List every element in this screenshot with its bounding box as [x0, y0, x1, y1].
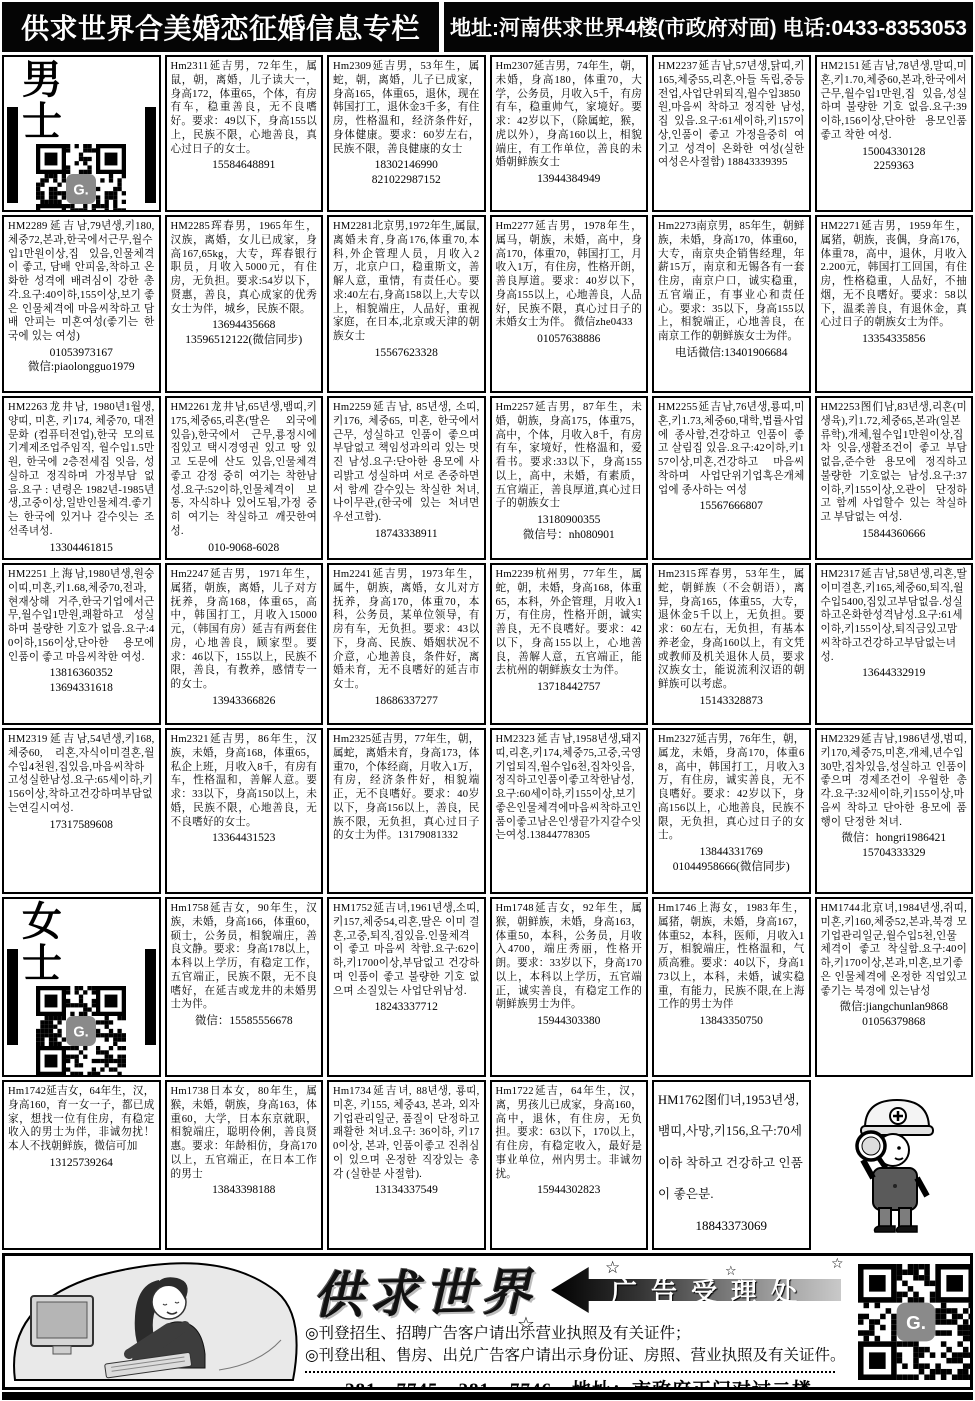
ad-text: HM1762图们녀,1953년생,뱀띠,사망,키156,요구:70세이하 착하고… — [658, 1085, 805, 1210]
ad-text: HM1744北京녀,1984년생,쥐띠,미혼,키160,체중52,본과,북경 모… — [821, 902, 968, 998]
ad-text: HM1752延吉녀,1961년생,소띠,키157,체중54,리혼,딸은 이미 결… — [333, 902, 480, 998]
ad-phones: 18686337277 — [333, 694, 480, 708]
ad-text: Hm1746上海女，1983年生，属猪，朝族，未婚，身高167，体重52，本科，… — [658, 902, 805, 1012]
classified-ad: Hm2277延吉男，1978年生，属马，朝族，未婚，高中，身高170，体重70，… — [490, 215, 649, 393]
ad-text: Hm2325延吉男，77年生，朝，属蛇，离婚未育，身高173，体重70，个体经商… — [333, 733, 480, 843]
classified-ad: HM2237延吉남,57년생,닭띠,키165,체중55,리혼,아들 독립,중등전… — [652, 55, 811, 212]
notice-line-2: ◎刊登出租、售房、出兑广告客户请出示身份证、房照、营业执照及有关证件。 — [305, 1345, 846, 1367]
ad-text: Hm1722延吉，64年生，汉，离，男孩儿已成家，身高160，高中，退休，有住房… — [496, 1085, 643, 1181]
qr-code: G. — [858, 1264, 973, 1380]
ad-phones: 1369443566813596512122(微信同步) — [171, 318, 318, 347]
dotted-divider — [305, 1371, 835, 1373]
classified-ad: HM2253图们남,83년생,리혼(미생육),키1.72,체중65,본과(일본류… — [815, 396, 974, 560]
ad-phone-number: 电话微信:13401906684 — [658, 346, 805, 360]
ad-phones: 13134337549 — [333, 1183, 480, 1197]
bottom-rule — [2, 1392, 973, 1400]
ad-phone-number: 13718442757 — [496, 680, 643, 694]
ad-text: Hm1734延吉녀, 88년생, 룡띠, 미혼, 키155, 체중43, 본과,… — [333, 1085, 480, 1181]
ad-text: HM2289延吉남,79년생,키180,체중72,본과,한국에서근무,월수입1만… — [8, 220, 155, 344]
ad-phone-number: 13304461815 — [8, 541, 155, 555]
ad-office-banner: 广告受理处 — [551, 1267, 841, 1313]
worker-with-magnifier-icon — [835, 1086, 953, 1244]
ad-text: Hm1742延吉女，64年生，汉，身高160，育一女一子，都已成家，想找一位有住… — [8, 1085, 155, 1154]
ad-phone-number: 微信号：nh080901 — [496, 528, 643, 542]
qr-code: G. — [36, 986, 126, 1076]
ad-text: Hm1738日本女，80年生，属猴，未婚，朝族，身高163，体重60，大学，日本… — [171, 1085, 318, 1181]
ad-phone-number: 18243337712 — [333, 1000, 480, 1014]
section-title: 男 士 — [8, 59, 155, 143]
classified-ad: Hm2311延吉男，72年生，属鼠，朝，离婚，儿子读大一，身高172，体重65，… — [165, 55, 324, 212]
ad-phone-number: 15584648891 — [171, 158, 318, 172]
ad-phones: 13180900355微信号：nh080901 — [496, 513, 643, 542]
classified-ad: HM2263龙井남, 1980년1월생, 양띠, 미혼, 키174, 체중70,… — [2, 396, 161, 560]
ad-phones: 13644332919 — [821, 666, 968, 680]
ad-phone-number: 15143328873 — [658, 694, 805, 708]
classified-ad: Hm2325延吉男，77年生，朝，属蛇，离婚未育，身高173，体重70，个体经商… — [327, 728, 486, 894]
newspaper-page: { "header": { "title": "供求世界合美婚恋征婚信息专栏",… — [0, 0, 975, 1401]
ad-text: HM2285珲春男，1965年生，汉族，离婚，女儿已成家，身高167,65kg，… — [171, 220, 318, 316]
ad-phone-number: 13816360352 — [8, 666, 155, 680]
classified-ad: Hm1746上海女，1983年生，属猪，朝族，未婚，身高167，体重52，本科，… — [652, 897, 811, 1077]
section-title: 女 士 — [8, 901, 155, 985]
svg-text:G.: G. — [74, 183, 89, 199]
ad-phone-number: 15004330128 — [821, 145, 968, 159]
ad-phones: 01057638886 — [496, 332, 643, 346]
classified-ad: HM2319延吉남,54년생,키168,체중60, 리혼,자식이미결혼,월수입4… — [2, 728, 161, 894]
ad-text: HM2317延吉남,58년생,리혼,딸이미결혼,키165,체중60,퇴직,월수입… — [821, 568, 968, 664]
ad-phones: 18302146990821022987152 — [333, 158, 480, 187]
ad-phones: 15143328873 — [658, 694, 805, 708]
ad-text: Hm1758延吉女，90年生，汉族，未婚，身高166，体重60，硕士，公务员，相… — [171, 902, 318, 1012]
classified-ad: Hm2309延吉男，53年生，属蛇，朝，离婚，儿子已成家，身高165，体重65，… — [327, 55, 486, 212]
ad-phone-number: 微信：hongri1986421 — [821, 831, 968, 845]
star-icon: ☆ — [725, 1264, 737, 1279]
ad-text: HM2253图们남,83년생,리혼(미생육),키1.72,체중65,본과(일본류… — [821, 401, 968, 525]
ad-phone-number: 15567666807 — [658, 499, 805, 513]
ad-phone-number: 01057638886 — [496, 332, 643, 346]
ad-phones: 010-9068-6028 — [171, 541, 318, 555]
ad-text: HM2281北京男,1972年生,属鼠,离婚未育,身高176,体重70,本科,外… — [333, 220, 480, 344]
ad-phones: 18243337712 — [333, 1000, 480, 1014]
ad-phones: 15844360666 — [821, 527, 968, 541]
ad-phone-number: 15567623328 — [333, 346, 480, 360]
classified-ad: Hm2327延吉男，76年生，朝，属龙，未婚，身高170，体重68，高中，韩国打… — [652, 728, 811, 894]
publisher-address-phone: 地址:河南供求世界4楼(市政府对面) 电话:0433-8353053 — [444, 2, 973, 52]
ad-phones: 13304461815 — [8, 541, 155, 555]
ad-phone-number: 01053973167 — [8, 346, 155, 360]
classified-ad: Hm1758延吉女，90年生，汉族，未婚，身高166，体重60，硕士，公务员，相… — [165, 897, 324, 1077]
qr-code: G. — [36, 144, 126, 212]
ad-phone-number: 13694331618 — [8, 681, 155, 695]
classified-ad: HM2289延吉남,79년생,키180,체중72,본과,한국에서근무,월수입1만… — [2, 215, 161, 393]
classified-ad: HM2317延吉남,58년생,리혼,딸이미결혼,키165,체중60,퇴직,월수입… — [815, 563, 974, 725]
decorative-bar-left — [7, 107, 18, 203]
ad-phone-number: 13944384949 — [496, 172, 643, 186]
ad-phone-number: 13694435668 — [171, 318, 318, 332]
star-icon: ☆ — [517, 1312, 535, 1336]
ad-phone-number: 13843398188 — [171, 1183, 318, 1197]
ad-phone-number: 15944302823 — [496, 1183, 643, 1197]
ad-text: HM2323延吉남,1958년생,돼지띠,리혼,키174,체중75,고중,국영기… — [496, 733, 643, 843]
section-header-cell: 男 士 G. 更多信息尽在 供求世界网 — [2, 55, 161, 212]
woman-at-computer-icon — [9, 1258, 301, 1386]
ad-phones: 13125739264 — [8, 1156, 155, 1170]
ad-text: Hm2309延吉男，53年生，属蛇，朝，离婚，儿子已成家，身高165，体重65，… — [333, 60, 480, 156]
decorative-bar-left — [7, 949, 18, 1045]
ad-phone-number: 17317589608 — [8, 818, 155, 832]
ad-phone-number: 13180900355 — [496, 513, 643, 527]
ad-phone-number: 13844331769 — [658, 845, 805, 859]
ad-phone-number: 13134337549 — [333, 1183, 480, 1197]
classified-ad: Hm2307延吉男，74年生，朝，未婚，身高180，体重70，大学，公务员，月收… — [490, 55, 649, 212]
ad-phones: 13354335856 — [821, 332, 968, 346]
section-header-cell: 女 士 G. 更多信息尽在 供求世界网 — [2, 897, 161, 1077]
classified-ad: Hm1722延吉，64年生，汉，离，男孩儿已成家，身高160，高中，退休，有住房… — [490, 1080, 649, 1250]
classified-ad: Hm2239杭州男，77年生，属蛇，朝，未婚，身高168，体重65，本科，外企管… — [490, 563, 649, 725]
ad-text: HM2261龙井남,65년생,뱀띠,키175,체중65,리혼(딸은 외국에 있음… — [171, 401, 318, 539]
ad-phones: 13843398188 — [171, 1183, 318, 1197]
ad-text: HM2319延吉남,54년생,키168,체중60, 리혼,자식이미결혼,월수입4… — [8, 733, 155, 816]
ad-phone-number: 01044958666(微信同步) — [658, 860, 805, 874]
classified-ad: HM1762图们녀,1953년생,뱀띠,사망,키156,요구:70세이하 착하고… — [652, 1080, 811, 1250]
ad-text: HM2251上海남,1980년생,원숭이띠,미혼,키1.68,체중70,전과,현… — [8, 568, 155, 664]
ad-phones: 15567666807 — [658, 499, 805, 513]
ad-phones: 15584648891 — [171, 158, 318, 172]
ad-phone-number: 微信:piaolongguo1979 — [8, 360, 155, 374]
footer-top-row: 供求世界 广告受理处 ☆ ☆ ☆ ☆ — [305, 1258, 846, 1322]
ad-text: HM2271延吉男，1959年生，属猪，朝族，丧偶，身高176，体重78，高中，… — [821, 220, 968, 330]
ad-phone-number: 13596512122(微信同步) — [171, 333, 318, 347]
ad-text: HM2151延吉남,78년생,말띠,미혼,키1.70,체중60,본과,한국에서 … — [821, 60, 968, 143]
ad-text: Hm2239杭州男，77年生，属蛇，朝，未婚，身高168，体重65，本科，外企管… — [496, 568, 643, 678]
ad-text: Hm2241延吉男，1973年生，属牛，朝族，离婚，女儿对方抚养，身高170，体… — [333, 568, 480, 692]
ad-phone-number: 13364431523 — [171, 831, 318, 845]
classified-ad: Hm2257延吉男，87年生，未婚，朝族，身高175，体重75，高中，个体，月收… — [490, 396, 649, 560]
ad-phone-number: 01056379868 — [821, 1015, 968, 1029]
ad-phone-number: 13354335856 — [821, 332, 968, 346]
classified-ad: HM2251上海남,1980년생,원숭이띠,미혼,키1.68,체중70,전과,현… — [2, 563, 161, 725]
ad-phone-number: 821022987152 — [333, 173, 480, 187]
star-icon: ☆ — [605, 1258, 620, 1278]
ad-phone-number: 18843373069 — [658, 1218, 805, 1234]
ad-phone-number: 13943366826 — [171, 694, 318, 708]
ad-phones: 1381636035213694331618 — [8, 666, 155, 695]
ad-phone-number: 18743338911 — [333, 527, 480, 541]
decorative-bar-right — [145, 107, 156, 203]
receptionist-illustration — [5, 1256, 305, 1387]
classified-ad: Hm1742延吉女，64年生，汉，身高160，育一女一子，都已成家，想找一位有住… — [2, 1080, 161, 1250]
classified-ad: HM2261龙井남,65년생,뱀띠,키175,체중65,리혼(딸은 외국에 있음… — [165, 396, 324, 560]
classified-ad: Hm2273南京男，85年生，朝鲜族，未婚，身高170，体重60，大专，南京央企… — [652, 215, 811, 393]
ad-phone-number: 15944303380 — [496, 1014, 643, 1028]
ad-phones: 1384433176901044958666(微信同步) — [658, 845, 805, 874]
classified-ad: Hm1734延吉녀, 88년생, 룡띠, 미혼, 키155, 체중43, 본과,… — [327, 1080, 486, 1250]
ad-phones: 17317589608 — [8, 818, 155, 832]
ad-phones: 13364431523 — [171, 831, 318, 845]
ad-phone-number: 微信：15585556678 — [171, 1014, 318, 1028]
ad-phones: 13718442757 — [496, 680, 643, 694]
ad-text: Hm2257延吉男，87年生，未婚，朝族，身高175，体重75，高中，个体，月收… — [496, 401, 643, 511]
ad-text: Hm2247延吉男，1971年生，属猪，朝族，离婚，儿子对方抚养，身高168，体… — [171, 568, 318, 692]
ad-phone-number: 15844360666 — [821, 527, 968, 541]
classified-ad: HM2271延吉男，1959年生，属猪，朝族，丧偶，身高176，体重78，高中，… — [815, 215, 974, 393]
ad-phone-number: 微信:jiangchunlan9868 — [821, 1000, 968, 1014]
ad-text: HM2329延吉남,1986년생,범띠,키170,체중75,미혼,개체,년수입3… — [821, 733, 968, 829]
classified-ad: HM2329延吉남,1986년생,범띠,키170,체중75,미혼,개체,년수입3… — [815, 728, 974, 894]
ad-text: Hm2273南京男，85年生，朝鲜族，未婚，身高170，体重60，大专，南京央企… — [658, 220, 805, 344]
classified-ad: Hm1738日本女，80年生，属猴，未婚，朝族，身高163，体重60，大学，日本… — [165, 1080, 324, 1250]
ad-text: Hm2307延吉男，74年生，朝，未婚，身高180，体重70，大学，公务员，月收… — [496, 60, 643, 170]
ad-phones: 电话微信:13401906684 — [658, 346, 805, 360]
ad-phone-number: 18302146990 — [333, 158, 480, 172]
ad-phones: 15944302823 — [496, 1183, 643, 1197]
masthead: 供求世界合美婚恋征婚信息专栏 地址:河南供求世界4楼(市政府对面) 电话:043… — [2, 2, 973, 52]
ad-phones: 150043301282259363 — [821, 145, 968, 174]
classified-ad: HM2151延吉남,78년생,말띠,미혼,키1.70,체중60,본과,한국에서 … — [815, 55, 974, 212]
ad-phone-number: 13843350750 — [658, 1014, 805, 1028]
footer-phone-address: 281－7745 281－7746 地址：市政府正门对过二楼 — [305, 1375, 846, 1390]
star-icon: ☆ — [831, 1256, 844, 1272]
ad-phones: 15567623328 — [333, 346, 480, 360]
ad-phone-number: 2259363 — [821, 159, 968, 173]
ad-phones: 13843350750 — [658, 1014, 805, 1028]
ad-text: Hm2321延吉男，86年生，汉族，未婚，身高168，体重65，私企上班，月收入… — [171, 733, 318, 829]
classified-ad: HM2281北京男,1972年生,属鼠,离婚未育,身高176,体重70,本科,外… — [327, 215, 486, 393]
ad-text: Hm2277延吉男，1978年生，属马，朝族，未婚，高中，身高170，体重70，… — [496, 220, 643, 330]
ad-text: Hm2259延吉남, 85년생, 소띠, 키176, 체중65, 미혼, 한국에… — [333, 401, 480, 525]
svg-text:G.: G. — [906, 1312, 926, 1333]
ad-phone-number: 13644332919 — [821, 666, 968, 680]
classified-ad: HM1752延吉녀,1961년생,소띠,키157,체중54,리혼,딸은 이미 결… — [327, 897, 486, 1077]
ad-text: Hm2327延吉男，76年生，朝，属龙，未婚，身高170，体重68，高中，韩国打… — [658, 733, 805, 843]
ad-text: HM2237延吉남,57년생,닭띠,키165,체중55,리혼,아들 독립,중등전… — [658, 60, 805, 170]
classified-ad: HM2323延吉남,1958년생,돼지띠,리혼,키174,체중75,고중,국영기… — [490, 728, 649, 894]
ad-phones: 微信：15585556678 — [171, 1014, 318, 1028]
ad-text: Hm2315珲春男，53年生，属蛇，朝鲜族（不会朝语），离异，身高165，体重5… — [658, 568, 805, 692]
brand-logo: 供求世界 — [312, 1253, 537, 1328]
classified-ad: Hm2241延吉男，1973年生，属牛，朝族，离婚，女儿对方抚养，身高170，体… — [327, 563, 486, 725]
ad-text: HM2263龙井남, 1980년1월생, 양띠, 미혼, 키174, 체중70,… — [8, 401, 155, 539]
ad-phone-number: 15704333329 — [821, 846, 968, 860]
ad-phones: 微信:jiangchunlan986801056379868 — [821, 1000, 968, 1029]
classified-ad: Hm2259延吉남, 85년생, 소띠, 키176, 체중65, 미혼, 한국에… — [327, 396, 486, 560]
svg-text:G.: G. — [74, 1025, 89, 1041]
ad-phone-number: 18686337277 — [333, 694, 480, 708]
ad-phones: 13944384949 — [496, 172, 643, 186]
classified-ad: HM2255延吉남,76년생,룡띠,미혼,키1.73,체중60,대학,법률사업에… — [652, 396, 811, 560]
classified-ad: Hm2315珲春男，53年生，属蛇，朝鲜族（不会朝语），离异，身高165，体重5… — [652, 563, 811, 725]
classified-ad: Hm2321延吉男，86年生，汉族，未婚，身高168，体重65，私企上班，月收入… — [165, 728, 324, 894]
footer-center: 供求世界 广告受理处 ☆ ☆ ☆ ☆ ◎刊登招生、招聘广告客户请出示营业执照及有… — [305, 1256, 852, 1387]
page-title: 供求世界合美婚恋征婚信息专栏 — [2, 2, 439, 52]
footer-qr-wrap: G. — [852, 1256, 973, 1387]
ad-text: Hm2311延吉男，72年生，属鼠，朝，离婚，儿子读大一，身高172，体重65，… — [171, 60, 318, 156]
ad-phones: 18743338911 — [333, 527, 480, 541]
footer-ad-office: 供求世界 广告受理处 ☆ ☆ ☆ ☆ ◎刊登招生、招聘广告客户请出示营业执照及有… — [2, 1253, 973, 1390]
classifieds-grid: 男 士 G. 更多信息尽在 供求世界网 Hm2311延吉男，72年生，属鼠，朝，… — [2, 55, 973, 1250]
ad-text: HM2255延吉남,76년생,룡띠,미혼,키1.73,체중60,대학,법률사업에… — [658, 401, 805, 497]
classified-ad: HM2285珲春男，1965年生，汉族，离婚，女儿已成家，身高167,65kg，… — [165, 215, 324, 393]
ad-phones: 微信：hongri198642115704333329 — [821, 831, 968, 860]
ad-phones: 13943366826 — [171, 694, 318, 708]
ad-text: Hm1748延吉女，92年生，属猴，朝鲜族，未婚，身高163，体重50，本科，公… — [496, 902, 643, 1012]
ad-phones: 18843373069 — [658, 1218, 805, 1234]
classified-ad: HM1744北京녀,1984년생,쥐띠,미혼,키160,체중52,본과,북경 모… — [815, 897, 974, 1077]
ad-phone-number: 010-9068-6028 — [171, 541, 318, 555]
worker-mascot-illustration — [815, 1080, 974, 1250]
classified-ad: Hm1748延吉女，92年生，属猴，朝鲜族，未婚，身高163，体重50，本科，公… — [490, 897, 649, 1077]
ad-phones: 01053973167微信:piaolongguo1979 — [8, 346, 155, 375]
ad-phones: 15944303380 — [496, 1014, 643, 1028]
ad-phone-number: 13125739264 — [8, 1156, 155, 1170]
decorative-bar-right — [145, 949, 156, 1045]
classified-ad: Hm2247延吉男，1971年生，属猪，朝族，离婚，儿子对方抚养，身高168，体… — [165, 563, 324, 725]
footer-notices: ◎刊登招生、招聘广告客户请出示营业执照及有关证件； ◎刊登出租、售房、出兑广告客… — [305, 1323, 846, 1368]
